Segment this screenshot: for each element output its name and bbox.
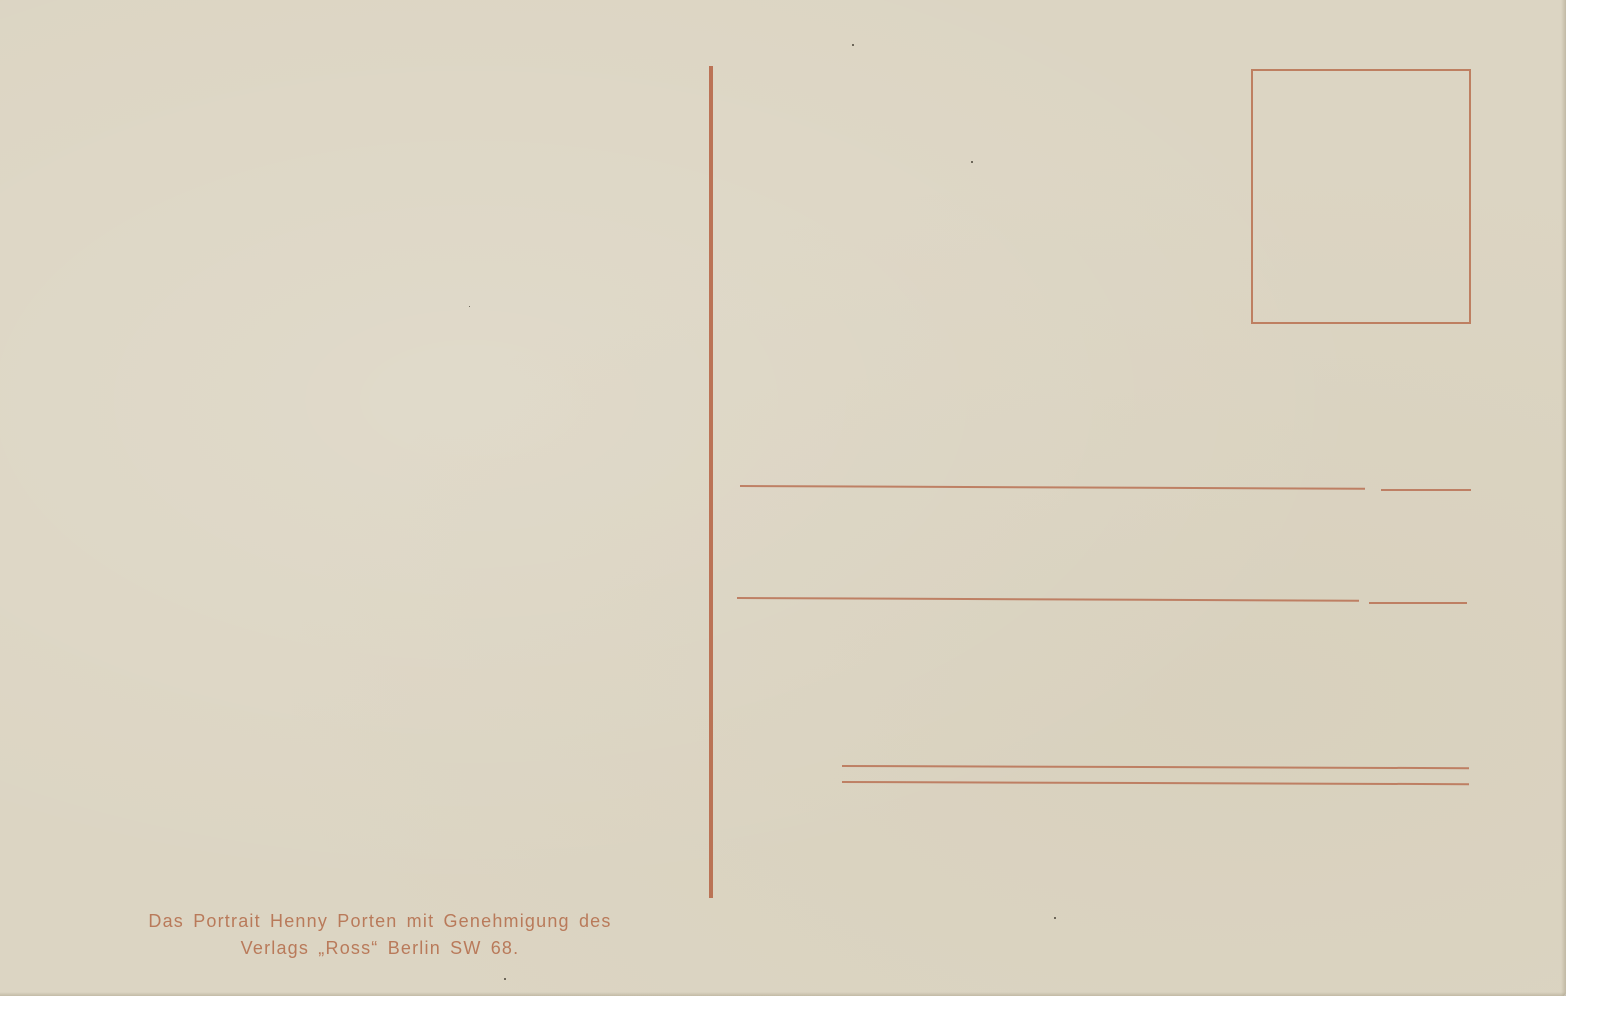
center-divider-line (709, 66, 713, 898)
publisher-imprint: Das Portrait Henny Porten mit Genehmigun… (60, 908, 700, 962)
address-line-1 (740, 485, 1365, 490)
paper-speck (469, 306, 470, 307)
stamp-placement-box (1251, 69, 1471, 324)
address-line-2-end (1369, 602, 1467, 604)
paper-speck (971, 161, 973, 163)
postcard-back: Das Portrait Henny Porten mit Genehmigun… (0, 0, 1568, 1000)
imprint-line-2: Verlags „Ross“ Berlin SW 68. (60, 935, 700, 962)
scan-background (1566, 0, 1597, 1015)
scan-background (0, 996, 1597, 1015)
address-line-2 (737, 597, 1359, 602)
address-line-3 (842, 765, 1469, 769)
paper-speck (1054, 917, 1056, 919)
address-line-1-end (1381, 489, 1471, 491)
imprint-line-1: Das Portrait Henny Porten mit Genehmigun… (60, 908, 700, 935)
address-line-4 (842, 781, 1469, 785)
paper-speck (504, 978, 506, 980)
paper-speck (852, 44, 854, 46)
